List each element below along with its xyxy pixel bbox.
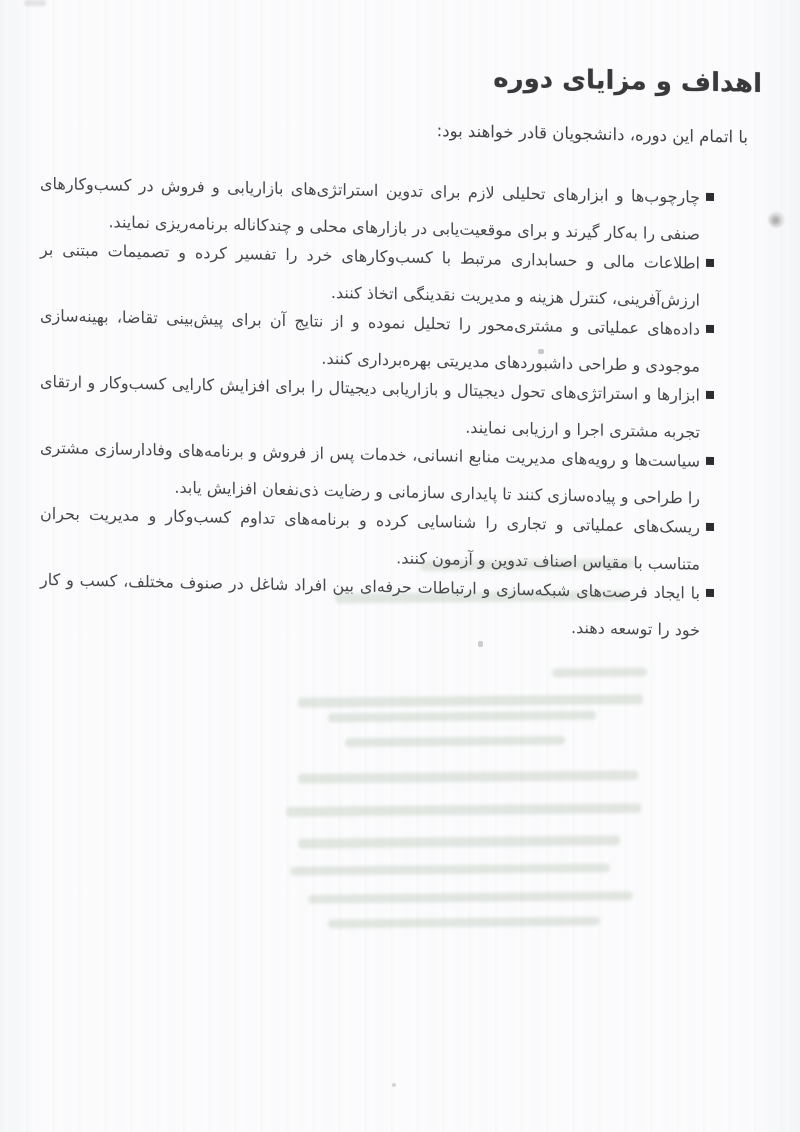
bleedthrough-line: [552, 668, 647, 678]
bleedthrough-line: [290, 863, 610, 875]
list-item-text: با ایجاد فرصت‌های شبکه‌سازی و ارتباطات ح…: [40, 570, 700, 640]
page-title: اهداف و مزایای دوره: [38, 49, 762, 104]
bleedthrough-line: [328, 917, 600, 929]
document-content: اهداف و مزایای دوره با اتمام این دوره، د…: [38, 49, 762, 642]
bullet-square-icon: [706, 391, 714, 399]
bleedthrough-line: [345, 736, 565, 747]
list-item: با ایجاد فرصت‌های شبکه‌سازی و ارتباطات ح…: [40, 561, 716, 649]
bleedthrough-line: [286, 803, 641, 817]
bullet-square-icon: [706, 259, 714, 267]
intro-line: با اتمام این دوره، دانشجویان قادر خواهند…: [38, 111, 748, 150]
bleedthrough-line: [308, 891, 633, 903]
objectives-list: چارچوب‌ها و ابزارهای تحلیلی لازم برای تد…: [40, 165, 716, 649]
bleedthrough-line: [298, 694, 643, 708]
bullet-square-icon: [706, 457, 714, 465]
bullet-square-icon: [706, 325, 714, 333]
scan-smudge: [24, 0, 46, 6]
scanned-document: { "document": { "title": "اهداف و مزایای…: [0, 0, 800, 1132]
bullet-square-icon: [706, 523, 714, 531]
bullet-square-icon: [706, 589, 714, 597]
bleedthrough-line: [298, 835, 620, 848]
scan-smudge-dot: [768, 211, 785, 228]
paper-background: اهداف و مزایای دوره با اتمام این دوره، د…: [0, 0, 800, 1132]
bleedthrough-line: [298, 770, 638, 784]
bleedthrough-line: [328, 711, 596, 723]
scan-speck: [392, 1083, 396, 1087]
bullet-square-icon: [706, 193, 714, 201]
